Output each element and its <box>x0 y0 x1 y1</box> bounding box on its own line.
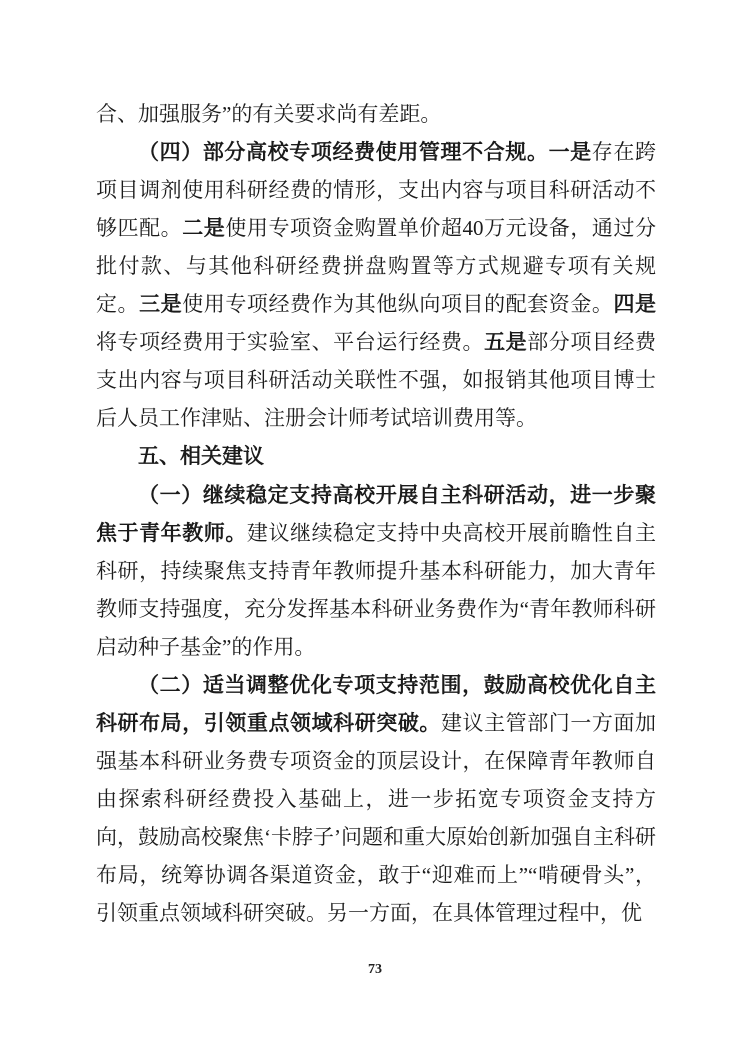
document-text-body: 合、加强服务”的有关要求尚有差距。（四）部分高校专项经费使用管理不合规。一是存在… <box>96 95 656 932</box>
bold-text-run: 二是 <box>182 216 225 240</box>
page-number: 73 <box>0 962 750 978</box>
bold-text-run: 五是 <box>484 330 527 354</box>
bold-text-run: （四）部分高校专项经费使用管理不合规。 <box>138 140 549 164</box>
text-run: 合、加强服务”的有关要求尚有差距。 <box>96 102 441 126</box>
bold-text-run: 一是 <box>549 140 592 164</box>
paragraph: （四）部分高校专项经费使用管理不合规。一是存在跨项目调剂使用科研经费的情形，支出… <box>96 133 656 437</box>
text-run: 建议主管部门一方面加强基本科研业务费专项资金的顶层设计，在保障青年教师自由探索科… <box>96 711 656 925</box>
bold-text-run: 五、相关建议 <box>138 445 264 468</box>
bold-text-run: 四是 <box>613 292 656 316</box>
paragraph: （一）继续稳定支持高校开展自主科研活动，进一步聚焦于青年教师。建议继续稳定支持中… <box>96 476 656 666</box>
text-run: 将专项经费用于实验室、平台运行经费。 <box>96 330 484 354</box>
bold-text-run: 三是 <box>139 292 182 316</box>
document-page: 合、加强服务”的有关要求尚有差距。（四）部分高校专项经费使用管理不合规。一是存在… <box>0 0 750 1061</box>
paragraph: （二）适当调整优化专项支持范围，鼓励高校优化自主科研布局，引领重点领域科研突破。… <box>96 666 656 932</box>
paragraph: 合、加强服务”的有关要求尚有差距。 <box>96 95 656 133</box>
text-run: 使用专项经费作为其他纵向项目的配套资金。 <box>182 292 613 316</box>
section-heading: 五、相关建议 <box>96 437 656 476</box>
